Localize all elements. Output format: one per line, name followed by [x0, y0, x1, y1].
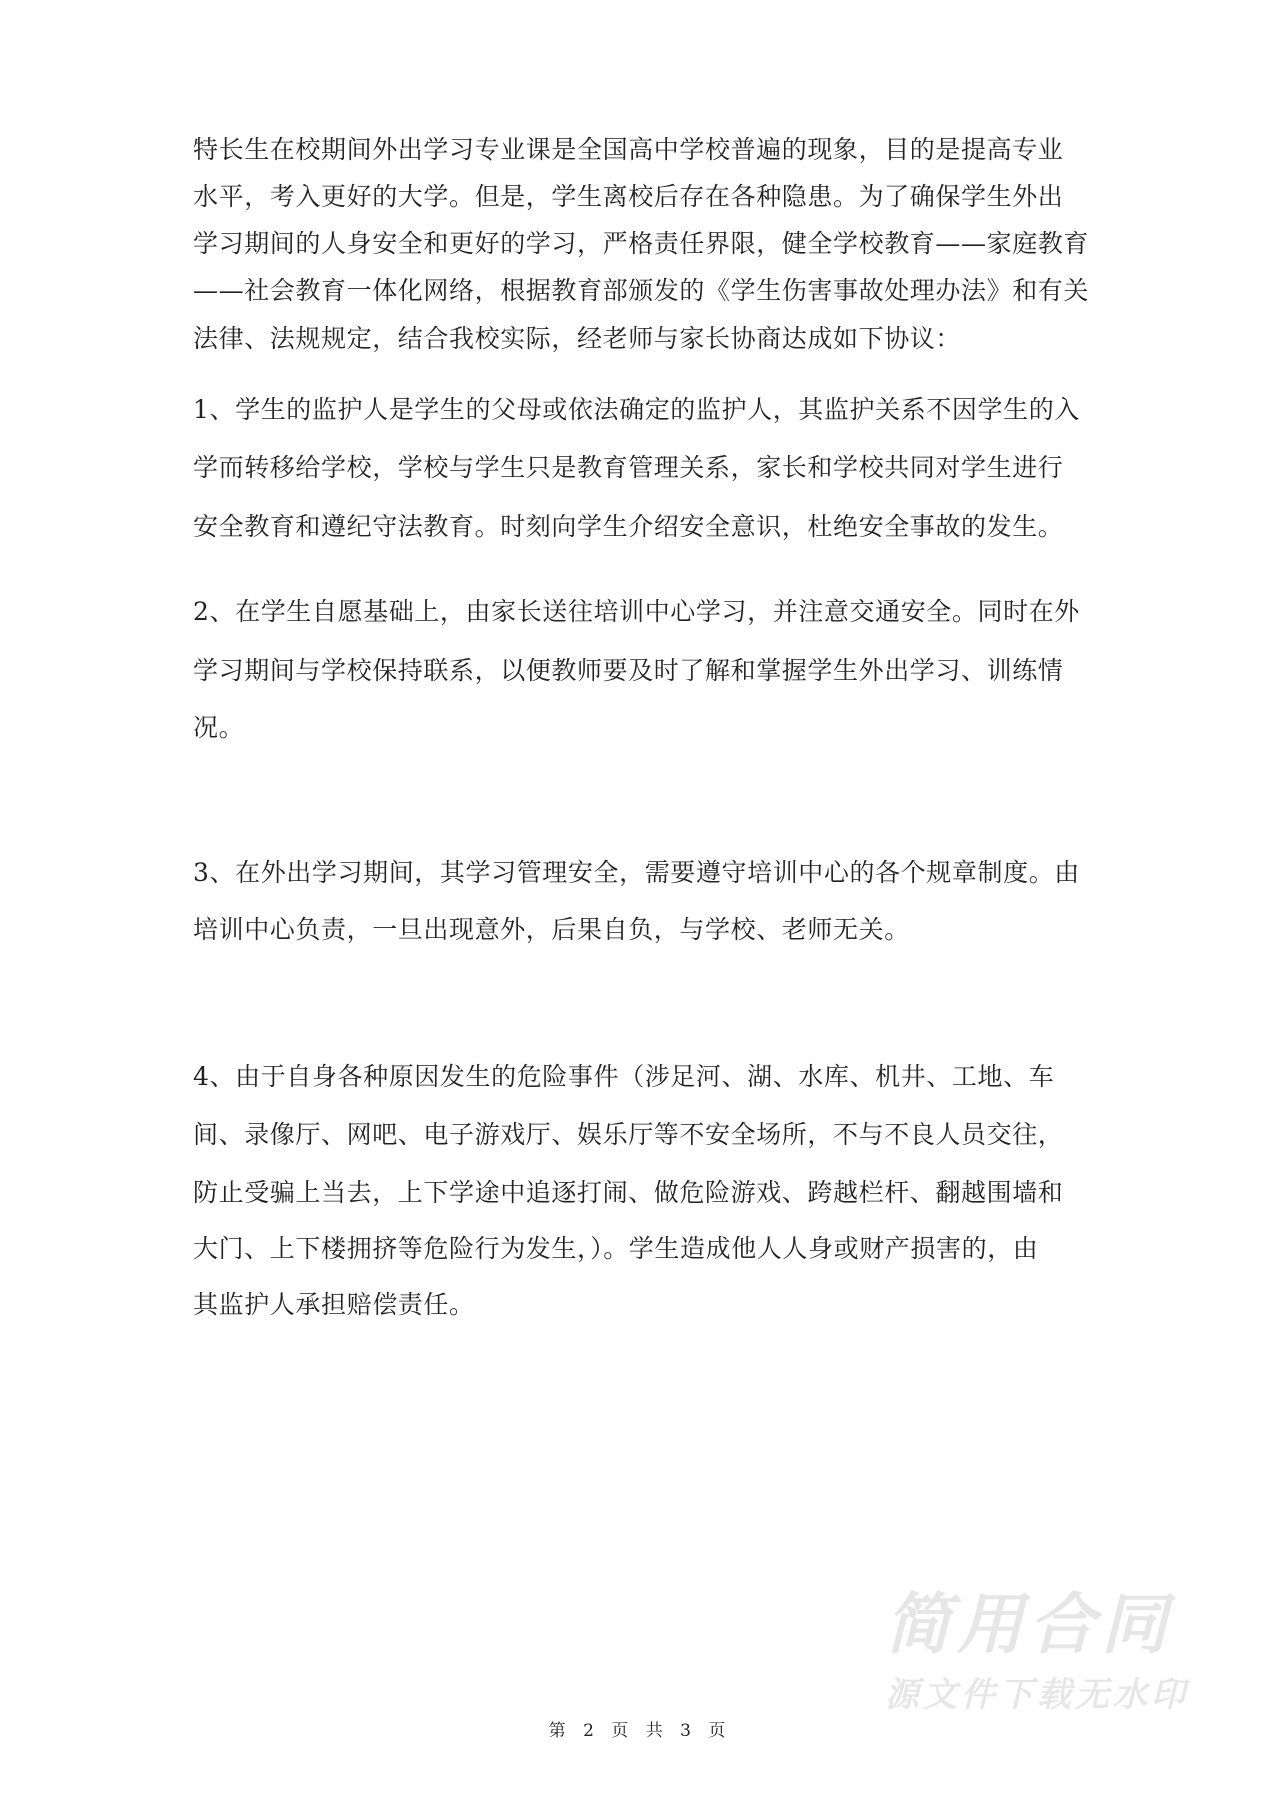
clause-line: 学而转移给学校，学校与学生只是教育管理关系，家长和学校共同对学生进行 — [193, 453, 1093, 483]
clause-line: 大门、上下楼拥挤等危险行为发生，）。学生造成他人人身或财产损害的，由 — [193, 1234, 1093, 1264]
clause-line: 学习期间与学校保持联系，以便教师要及时了解和掌握学生外出学习、训练情 — [193, 656, 1093, 686]
document-page: 特长生在校期间外出学习专业课是全国高中学校普遍的现象，目的是提高专业 水平，考入… — [0, 0, 1280, 1810]
intro-line: 学习期间的人身安全和更好的学习，严格责任界限，健全学校教育——家庭教育 — [193, 229, 1093, 259]
clause-line: 况。 — [193, 713, 1093, 743]
watermark: 简用合同 源文件下载无水印 — [885, 1585, 1205, 1717]
clause-line: 培训中心负责，一旦出现意外，后果自负，与学校、老师无关。 — [193, 915, 1093, 945]
clause-line: 3、在外出学习期间，其学习管理安全，需要遵守培训中心的各个规章制度。由 — [193, 858, 1093, 888]
clause-line: 防止受骗上当去，上下学途中追逐打闹、做危险游戏、跨越栏杆、翻越围墙和 — [193, 1178, 1093, 1208]
page-indicator: 第 2 页 共 3 页 — [0, 1716, 1280, 1741]
intro-line: 法律、法规规定，结合我校实际，经老师与家长协商达成如下协议： — [193, 324, 1093, 354]
clause-line: 1、学生的监护人是学生的父母或依法确定的监护人，其监护关系不因学生的入 — [193, 395, 1093, 425]
watermark-subtitle: 源文件下载无水印 — [885, 1673, 1205, 1717]
intro-line: 水平，考入更好的大学。但是，学生离校后存在各种隐患。为了确保学生外出 — [193, 182, 1093, 212]
clause-line: 安全教育和遵纪守法教育。时刻向学生介绍安全意识，杜绝安全事故的发生。 — [193, 512, 1093, 542]
watermark-title: 简用合同 — [885, 1585, 1205, 1665]
clause-line: 4、由于自身各种原因发生的危险事件（涉足河、湖、水库、机井、工地、车 — [193, 1062, 1093, 1092]
intro-line: ——社会教育一体化网络，根据教育部颁发的《学生伤害事故处理办法》和有关 — [193, 276, 1093, 306]
clause-line: 间、录像厅、网吧、电子游戏厅、娱乐厅等不安全场所，不与不良人员交往， — [193, 1120, 1093, 1150]
clause-line: 其监护人承担赔偿责任。 — [193, 1290, 1093, 1320]
intro-line: 特长生在校期间外出学习专业课是全国高中学校普遍的现象，目的是提高专业 — [193, 135, 1093, 165]
clause-line: 2、在学生自愿基础上，由家长送往培训中心学习，并注意交通安全。同时在外 — [193, 597, 1093, 627]
